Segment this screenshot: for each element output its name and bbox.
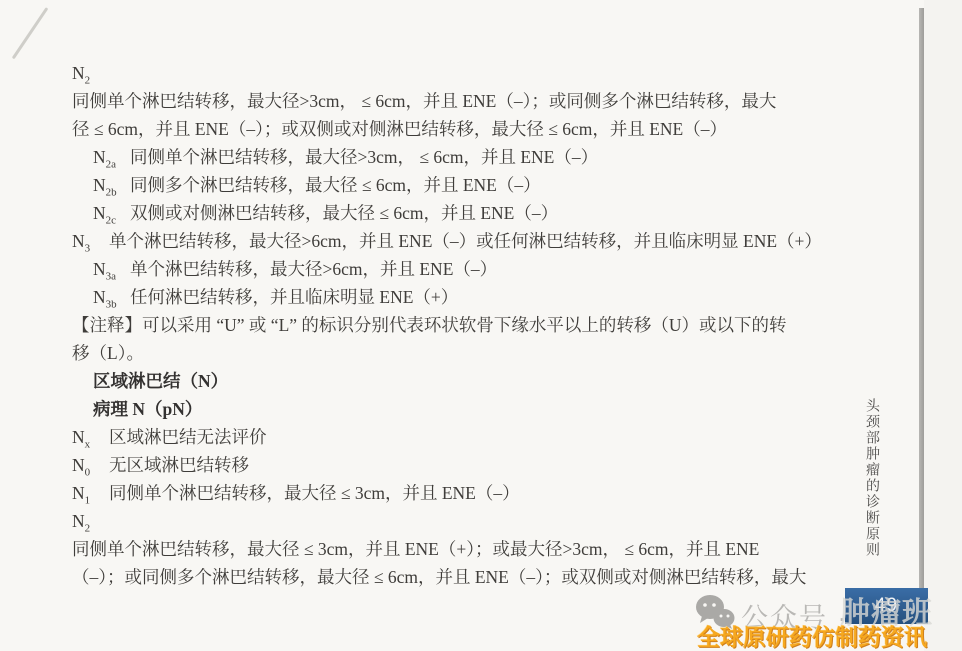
n-label: N2 — [72, 507, 109, 535]
text-line: N2c双侧或对侧淋巴结转移，最大径 ≤ 6cm，并且 ENE（–） — [72, 199, 882, 227]
n-label: N3 — [72, 227, 109, 255]
annotation-line: 【注释】可以采用 “U” 或 “L” 的标识分别代表环状软骨下缘水平以上的转移（… — [72, 311, 882, 339]
text-line: N3单个淋巴结转移，最大径>6cm，并且 ENE（–）或任何淋巴结转移，并且临床… — [72, 227, 882, 255]
page-right-margin — [924, 0, 962, 651]
text-line: N0无区域淋巴结转移 — [72, 451, 882, 479]
n-label: N0 — [72, 451, 109, 479]
text-line: N2 — [72, 507, 882, 535]
n-label: N1 — [72, 479, 109, 507]
n-label: N2 — [72, 59, 109, 87]
annotation-line: 移（L）。 — [72, 339, 882, 367]
scan-diagonal-mark — [12, 7, 49, 59]
text-line: 同侧单个淋巴结转移，最大径 ≤ 3cm，并且 ENE（+）；或最大径>3cm， … — [72, 535, 882, 563]
text-line: （–）；或同侧多个淋巴结转移，最大径 ≤ 6cm，并且 ENE（–）；或双侧或对… — [72, 563, 882, 591]
text-line: 同侧单个淋巴结转移，最大径>3cm， ≤ 6cm，并且 ENE（–）；或同侧多个… — [72, 87, 882, 115]
section-heading: 区域淋巴结（N） — [72, 367, 882, 395]
text-line: N2a同侧单个淋巴结转移，最大径>3cm， ≤ 6cm，并且 ENE（–） — [72, 143, 882, 171]
text-line: N3b任何淋巴结转移，并且临床明显 ENE（+） — [72, 283, 882, 311]
document-body: N2 同侧单个淋巴结转移，最大径>3cm， ≤ 6cm，并且 ENE（–）；或同… — [72, 59, 882, 591]
n-label: Nx — [72, 423, 109, 451]
n-label: N2c — [93, 199, 130, 227]
n-label: N3a — [93, 255, 130, 283]
n-label: N3b — [93, 283, 130, 311]
bottom-orange-watermark: 全球原研药仿制药资讯 — [697, 619, 927, 651]
chapter-title-vertical: 头颈部肿瘤的诊断原则 — [861, 398, 881, 558]
section-heading: 病理 N（pN） — [72, 395, 882, 423]
text-line: N1同侧单个淋巴结转移，最大径 ≤ 3cm，并且 ENE（–） — [72, 479, 882, 507]
text-line: 径 ≤ 6cm，并且 ENE（–）；或双侧或对侧淋巴结转移，最大径 ≤ 6cm，… — [72, 115, 882, 143]
text-line: N2b同侧多个淋巴结转移，最大径 ≤ 6cm，并且 ENE（–） — [72, 171, 882, 199]
page-edge-rule — [919, 8, 924, 588]
text-line: N2 — [72, 59, 882, 87]
n-label: N2a — [93, 143, 130, 171]
n-label: N2b — [93, 171, 130, 199]
scanned-document-page: N2 同侧单个淋巴结转移，最大径>3cm， ≤ 6cm，并且 ENE（–）；或同… — [0, 0, 962, 651]
text-line: Nx区域淋巴结无法评价 — [72, 423, 882, 451]
text-line: N3a单个淋巴结转移，最大径>6cm，并且 ENE（–） — [72, 255, 882, 283]
